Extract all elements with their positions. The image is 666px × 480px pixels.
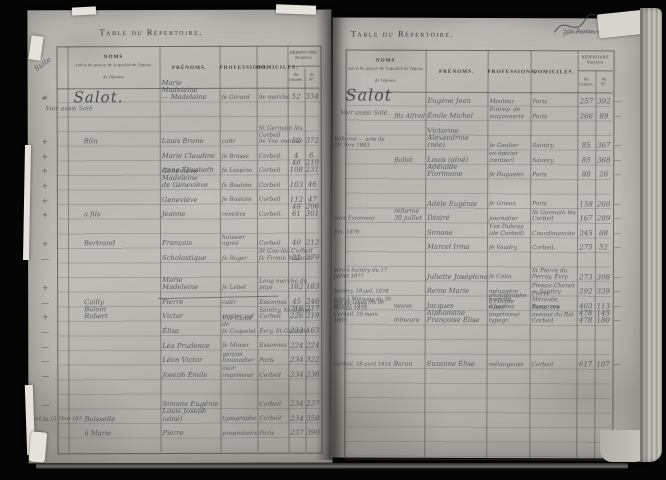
- torn-paper-edge: [276, 4, 316, 14]
- check-mark: +: [38, 241, 52, 248]
- cell-volume: 224: [288, 342, 305, 349]
- table-row: ≠ Marie Madeleine — Madelaine fe Gérard …: [28, 88, 332, 103]
- cell-prenoms: Marie Claudine: [162, 153, 220, 160]
- check-mark: +: [38, 182, 52, 189]
- cell-volume: 85: [577, 142, 595, 149]
- row-dash-mark: —: [614, 230, 626, 237]
- check-mark: —: [38, 372, 52, 379]
- cell-nom: Baron: [394, 361, 428, 368]
- cell-volume: 167: [577, 215, 595, 222]
- cell-prenoms: Alphonsine Françoise Élise: [427, 310, 489, 325]
- table-row: Eugène Jean Mouleur Paris 257 392 —: [332, 91, 644, 107]
- register-rows: Eugène Jean Mouleur Paris 257 392 — fils…: [333, 91, 645, 92]
- row-dash-mark: —: [614, 216, 626, 223]
- cell-profession: fe Gaulier: [489, 143, 531, 150]
- row-dash-mark: —: [614, 289, 626, 296]
- cell-prenoms: Victorine Alexandrine (née): [427, 128, 489, 150]
- cell-volume: 52: [288, 138, 305, 145]
- table-row: Adélaïde Florimone fe Huguelet Paris 88 …: [332, 164, 644, 180]
- cell-domicile: Paris: [532, 99, 578, 106]
- cell-nom: a fils: [84, 211, 160, 218]
- cell-domicile: Paris: [532, 172, 578, 179]
- cell-numero: 68: [595, 230, 612, 237]
- cell-domicile: Courdimanche: [532, 231, 578, 238]
- row-dash-mark: —: [614, 274, 626, 281]
- cell-prenoms: Élisa: [162, 328, 220, 335]
- column-header-volume: du volume.: [288, 72, 305, 82]
- row-dash-mark: —: [614, 157, 626, 164]
- cell-volume: 257: [577, 99, 595, 106]
- row-dash-mark: —: [614, 303, 626, 310]
- torn-paper-edge: [72, 6, 96, 15]
- cell-profession: huissier agréé: [222, 235, 258, 248]
- table-row: Ballot Louis (aîné) ex-épicier (rentier)…: [332, 150, 644, 166]
- cell-prenoms: Victor: [162, 313, 220, 320]
- cell-domicile: Corbeil.: [532, 245, 578, 252]
- cell-prenoms: Suzanne Élise: [427, 361, 489, 368]
- cell-domicile: Saintry: [532, 158, 578, 165]
- cell-volume: 617: [577, 361, 595, 368]
- column-header-domiciles: DOMICILES.: [531, 69, 578, 75]
- book-page-stack: [640, 8, 662, 462]
- table-row: Em. 1878 Simone Vve Dubray (de Corbeil) …: [332, 223, 644, 239]
- row-dash-mark: —: [614, 143, 626, 150]
- table-row: fils Alfred Émile Michel Entrep. de maço…: [332, 106, 644, 122]
- table-row: vve de Louis fils de Roman 1870 Corbeil,…: [332, 310, 644, 326]
- table-row: + Geneviève fe Boulain Corbeil 112 47: [28, 190, 332, 205]
- cell-numero: 289: [595, 216, 612, 223]
- bottom-page-edge: [36, 463, 628, 469]
- cell-volume: 237: [289, 430, 306, 437]
- row-dash-mark: —: [614, 99, 626, 106]
- page-right: Table du Répertoire. 2de Partie, (n° 25)…: [331, 17, 645, 458]
- cell-numero: 52: [595, 245, 612, 252]
- row-dash-mark: —: [614, 245, 626, 252]
- cell-nom: Bertrand: [84, 240, 160, 247]
- cell-volume: 48 108: [288, 160, 305, 174]
- column-header-noms: NOMS: [346, 58, 426, 64]
- cell-volume: 234: [288, 371, 305, 378]
- cell-volume: 234: [288, 401, 305, 408]
- check-mark: —: [38, 401, 52, 408]
- check-mark: +: [38, 212, 52, 219]
- cell-profession: fe Vaudry: [489, 245, 531, 252]
- table-row: + Baloin Robert Victor rentier md Saintr…: [28, 307, 332, 322]
- cell-nom: mineure: [394, 317, 428, 324]
- cell-nom: à Marie: [85, 430, 161, 437]
- cell-domicile: Corbeil: [532, 362, 578, 369]
- row-dash-mark: —: [614, 201, 626, 208]
- row-dash-mark: —: [614, 113, 626, 120]
- table-row: — Scholastique fe Roger St Gne-lès-Corbe…: [28, 248, 332, 263]
- cell-profession: fe Boulain: [222, 197, 258, 204]
- surname-heading-note: Voir aussi Salé: [46, 105, 93, 112]
- cell-prenoms: Reine Marie: [427, 288, 489, 295]
- cell-domicile: Paris, 1re avenue du Roi Corbeil: [532, 306, 578, 325]
- page-title: Table du Répertoire.: [99, 27, 202, 37]
- column-header-numero: du N°.: [596, 76, 613, 86]
- cell-volume: 275: [577, 245, 595, 252]
- cell-prenoms: Pierre: [162, 299, 220, 306]
- page-title: Table du Répertoire.: [351, 29, 454, 39]
- row-dash-mark: —: [614, 362, 626, 369]
- cell-prenoms: Marcel Irma: [427, 244, 489, 251]
- cell-prenoms: Geneviève Madeleine de Geneviève: [162, 167, 220, 189]
- row-dash-mark: —: [614, 318, 626, 325]
- cell-numero: 392: [595, 99, 612, 106]
- cell-profession: cultr: [222, 139, 258, 146]
- row-dash-mark: —: [614, 172, 626, 179]
- cell-prenoms: Eugène Jean: [427, 98, 489, 105]
- table-row: Corbeil, 18 avril 1914 Baron Suzanne Éli…: [332, 354, 644, 370]
- cell-prenoms: François: [162, 240, 220, 247]
- column-header-noms-sub: suivis du nom et de la qualité de l'épou…: [348, 66, 424, 71]
- check-mark: +: [38, 197, 52, 204]
- torn-paper-edge: [29, 431, 48, 462]
- check-mark: +: [38, 168, 52, 175]
- header-rule: [578, 70, 613, 71]
- column-header-professions: PROFESSIONS.: [220, 65, 257, 71]
- table-row: — Salé le 15 7bre 187. Boisselle Louis J…: [28, 409, 332, 424]
- column-header-domiciles: DOMICILES.: [257, 65, 288, 71]
- cell-nom: réformé 30 juillet: [394, 208, 428, 223]
- cell-profession: Vve Canal de fe Coquelet: [222, 316, 258, 335]
- check-mark: +: [38, 153, 52, 160]
- cell-profession: photographe à l'École russe imprimeur ty…: [489, 293, 531, 325]
- cell-numero: 368: [595, 157, 612, 164]
- cell-prenoms: Désiré: [427, 215, 489, 222]
- cell-volume: 158: [577, 201, 595, 208]
- cell-profession: fe Lebel: [222, 285, 258, 292]
- cell-volume: 22: [288, 255, 305, 262]
- table-row: (voir Essonnes) réformé 30 juillet Désir…: [332, 208, 644, 224]
- column-header-professions: PROFESSIONS.: [488, 69, 531, 75]
- column-header-noms-sub: suivis du nom et de la qualité de l'épou…: [70, 62, 158, 67]
- cell-nom: Boisselle: [84, 416, 160, 423]
- cell-profession: fe Minier: [222, 343, 258, 350]
- cell-prenoms: Geneviève: [162, 196, 220, 203]
- table-row: + Geneviève Madeleine de Geneviève fe Bo…: [28, 175, 332, 190]
- cell-prenoms: Léa Prudence: [162, 342, 220, 349]
- table-row: + Marie Claudine fe Brasse Corbeil 4 6.: [28, 146, 332, 161]
- column-header-prenoms: PRÉNOMS.: [426, 69, 488, 75]
- cell-domicile: Paris: [532, 202, 578, 209]
- table-row: — Joseph Émile ouvr imprimeur Corbeil 23…: [28, 365, 332, 380]
- cell-prenoms: Louis Bruno: [162, 138, 220, 145]
- column-header-noms-sub2: de l'épouse: [70, 74, 158, 79]
- check-mark: —: [38, 255, 52, 262]
- book-gutter-shadow: [316, 10, 350, 460]
- cell-profession: fe Colin: [489, 274, 531, 281]
- table-row: + Blin Louis Bruno cultr St Germain lès …: [28, 131, 332, 146]
- column-header-prenoms: PRÉNOMS.: [160, 65, 220, 71]
- cell-numero: 89: [595, 113, 612, 120]
- cell-domicile: St Germain lès Corbeil: [532, 210, 578, 223]
- cell-profession: propriétaire: [223, 431, 259, 438]
- check-mark: ≠: [38, 95, 52, 102]
- cell-profession: Vve Dubray (de Corbeil): [489, 224, 531, 237]
- cell-volume: 292: [577, 288, 595, 295]
- cell-numero: 308: [595, 274, 612, 281]
- cell-margin-note: Salé le 15 7bre 187.: [30, 417, 92, 423]
- cell-profession: Entrep. de maçonnerie: [489, 107, 531, 120]
- table-row: Adèle Eugénie fe Grison Paris 158 260 —: [332, 194, 644, 210]
- column-header-volume: du volume.: [578, 76, 596, 86]
- cell-prenoms: Marie Madeleine — Madelaine: [162, 80, 220, 102]
- cell-prenoms: Scholastique: [162, 255, 220, 262]
- cell-numero: 260: [595, 201, 612, 208]
- cell-volume: 273: [577, 274, 595, 281]
- cell-profession: cultr: [222, 299, 258, 306]
- cell-profession: mélangeuse: [489, 362, 531, 369]
- cell-profession: fe Grison: [489, 201, 531, 208]
- check-mark: —: [38, 299, 52, 306]
- cell-volume: 103: [288, 182, 305, 189]
- table-row: + Marie Madeleine fe Lebel Long marché d…: [28, 277, 332, 292]
- column-header-noms: NOMS: [68, 54, 160, 60]
- cell-domicile: St Pierre du Perray, Évry: [532, 268, 578, 281]
- cell-nom: fils Alfred: [394, 113, 428, 120]
- cell-numero: 367: [595, 143, 612, 150]
- column-header-repertoire: RÉPERTOIRE Numéros: [288, 50, 320, 60]
- table-row: — Léa Prudence fe Minier Essonnes 224 22…: [28, 336, 332, 351]
- cell-prenoms: Adèle Eugénie: [427, 200, 489, 207]
- cell-numero: 107: [595, 362, 612, 369]
- cell-profession: fe Lespine: [222, 168, 258, 175]
- cell-prenoms: Juliette Joséphine: [427, 273, 489, 280]
- table-row: — Léon Victor garçon limonadier Paris 23…: [28, 350, 332, 365]
- cell-profession: Mouleur: [489, 99, 531, 106]
- cell-volume: 234: [288, 415, 305, 422]
- cell-prenoms: Adélaïde Florimone: [427, 164, 489, 179]
- cell-volume: 478 478: [577, 310, 595, 324]
- register-rows: ≠ Marie Madeleine — Madelaine fe Gérard …: [28, 88, 332, 89]
- cell-volume: 182: [288, 284, 305, 291]
- table-row: + Bertrand François huissier agréé Corbe…: [28, 234, 332, 249]
- cell-volume: 216 226: [288, 306, 305, 320]
- cell-profession: ouvr imprimeur: [222, 366, 258, 379]
- cell-volume: 223: [288, 328, 305, 335]
- cell-prenoms: Jeanne: [162, 211, 220, 218]
- table-row: Marcel Irma fe Vaudry Corbeil. 275 52 —: [332, 237, 644, 253]
- cell-volume: 245: [577, 230, 595, 237]
- cell-numero: 26: [595, 172, 612, 179]
- cell-volume: 88: [577, 172, 595, 179]
- table-row: à Marie Pierre propriétaire Paris 237 39…: [28, 423, 332, 438]
- cell-profession: typographe: [222, 416, 258, 423]
- cell-prenoms: Émile Michel: [427, 113, 489, 120]
- table-row: + a fils Jeanne rentière Corbeil. 48 61 …: [28, 204, 332, 219]
- cell-prenoms: Simone: [427, 230, 489, 237]
- cell-prenoms: Léon Victor: [162, 357, 220, 364]
- cell-volume: 266: [577, 113, 595, 120]
- cell-prenoms: Louis Joseph (aîné): [162, 408, 220, 423]
- table-row: — Élisa Vve Canal de fe Coquelet Évry, S…: [28, 321, 332, 336]
- table-row: Réformé — acte du 29 7bre 1883 Victorine…: [332, 135, 644, 151]
- check-mark: +: [38, 314, 52, 321]
- cell-profession: fe Boulain: [222, 183, 258, 190]
- check-mark: —: [38, 358, 52, 365]
- cell-volume: 234: [288, 357, 305, 364]
- cell-profession: fe Huguelet: [489, 172, 531, 179]
- cell-numero: 339: [595, 289, 612, 296]
- cell-nom: Baloin Robert: [84, 306, 160, 321]
- cell-nom: Ballot: [394, 156, 428, 163]
- page-left: Table du Répertoire. NOMS suivis du nom …: [27, 10, 332, 464]
- check-mark: +: [38, 139, 52, 146]
- cell-prenoms: Joseph Émile: [162, 372, 220, 379]
- cell-domicile: Paris: [532, 114, 578, 121]
- cell-prenoms: Marie Madeleine: [162, 277, 220, 292]
- scanned-register-spread: Table du Répertoire. NOMS suivis du nom …: [0, 0, 666, 480]
- cell-volume: 40: [288, 240, 305, 247]
- cell-prenoms: Pierre: [163, 430, 221, 437]
- cell-profession: journalier: [489, 216, 531, 223]
- table-row: — Cailly Pierre cultr Essonnes 45 246: [28, 292, 332, 307]
- cell-profession: fe Roger: [222, 256, 258, 263]
- cell-domicile: Saintry: [532, 143, 578, 150]
- cell-profession: fe Gérard: [222, 95, 258, 102]
- cell-volume: 48 61: [288, 204, 305, 218]
- check-mark: —: [38, 328, 52, 335]
- table-row: acte à Saintry du 17 juillet 1877 Juliet…: [332, 267, 644, 283]
- cell-nom: veuve: [394, 302, 428, 309]
- cell-profession: rentière: [222, 212, 258, 219]
- cell-volume: 52: [288, 94, 305, 101]
- cell-numero: 145 180: [595, 311, 612, 325]
- check-mark: +: [38, 285, 52, 292]
- column-header-noms-sub2: de l'épouse: [348, 78, 424, 83]
- check-mark: —: [38, 343, 52, 350]
- cell-volume: 85: [577, 157, 595, 164]
- cell-nom: Blin: [84, 138, 160, 145]
- column-header-repertoire: RÉPERTOIRE Numéros: [578, 54, 613, 64]
- cell-profession: fe Brasse: [222, 153, 258, 160]
- cell-profession: ex-épicier (rentier): [489, 151, 531, 164]
- cell-profession: garçon limonadier: [222, 351, 258, 364]
